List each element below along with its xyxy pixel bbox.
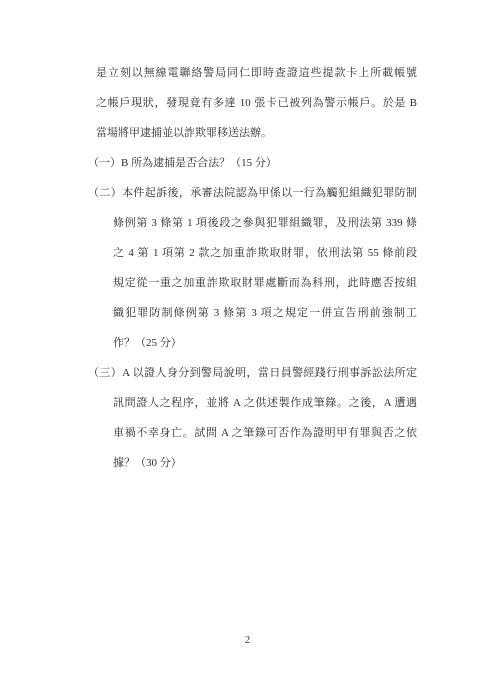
- document-content: 是立刻以無線電聯絡警局同仁即時查證這些提款卡上所載帳號 之帳戶現狀，發現竟有多達…: [88, 58, 417, 478]
- question-line: 作？（25 分）: [113, 328, 417, 358]
- question-line: 訊問證人之程序，並將 A 之供述製作成筆錄。之後，A 遭遇: [113, 388, 417, 418]
- stem-line: 之帳戶現狀，發現竟有多達 10 張卡已被列為警示帳戶。於是 B: [96, 88, 417, 118]
- question-line: 織犯罪防制條例第 3 條第 3 項之規定一併宣告刑前強制工: [113, 298, 417, 328]
- question-line: 條例第 3 條第 1 項後段之參與犯罪組織罪，及刑法第 339 條: [113, 208, 417, 238]
- question-line: 規定從一重之加重詐欺取財罪處斷而為科刑，此時應否按組: [113, 268, 417, 298]
- question-item-3: （三）A 以證人身分到警局說明，當日員警經踐行刑事訴訟法所定 訊問證人之程序，並…: [88, 358, 417, 478]
- question-line: 之 4 第 1 項第 2 款之加重詐欺取財罪，依刑法第 55 條前段: [113, 238, 417, 268]
- stem-line: 當場將甲逮捕並以詐欺罪移送法辦。: [96, 118, 417, 148]
- question-line: 車禍不幸身亡。試問 A 之筆錄可否作為證明甲有罪與否之依: [113, 418, 417, 448]
- stem-line: 是立刻以無線電聯絡警局同仁即時查證這些提款卡上所載帳號: [96, 58, 417, 88]
- question-line: （二）本件起訴後，承審法院認為甲係以一行為觸犯組織犯罪防制: [88, 178, 417, 208]
- question-line: （一）B 所為逮捕是否合法？（15 分）: [88, 148, 417, 178]
- stem-paragraph-continuation: 是立刻以無線電聯絡警局同仁即時查證這些提款卡上所載帳號 之帳戶現狀，發現竟有多達…: [88, 58, 417, 148]
- document-page: 是立刻以無線電聯絡警局同仁即時查證這些提款卡上所載帳號 之帳戶現狀，發現竟有多達…: [0, 0, 495, 700]
- question-line: 據？（30 分）: [113, 448, 417, 478]
- page-number: 2: [0, 633, 495, 647]
- question-item-1: （一）B 所為逮捕是否合法？（15 分）: [88, 148, 417, 178]
- question-line: （三）A 以證人身分到警局說明，當日員警經踐行刑事訴訟法所定: [88, 358, 417, 388]
- question-item-2: （二）本件起訴後，承審法院認為甲係以一行為觸犯組織犯罪防制 條例第 3 條第 1…: [88, 178, 417, 358]
